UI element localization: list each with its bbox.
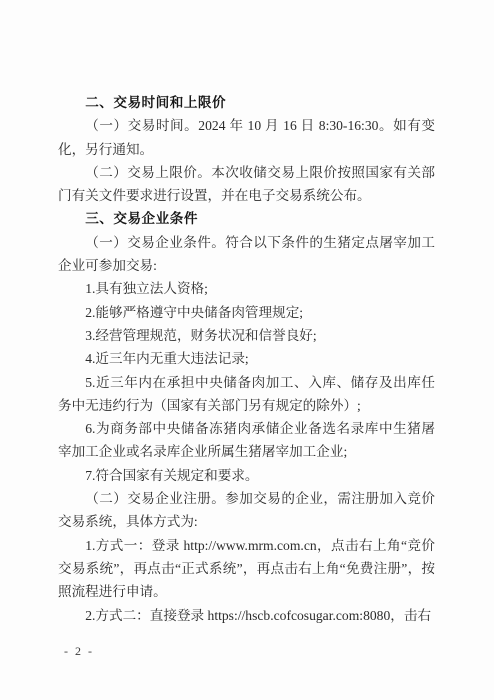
paragraph-trade-time: （一）交易时间。2024 年 10 月 16 日 8:30-16:30。如有变化… — [58, 114, 435, 161]
page-number: - 2 - — [64, 644, 94, 659]
registration-method-2: 2.方式二：直接登录 https://hscb.cofcosugar.com:8… — [58, 604, 435, 627]
condition-item-3: 3.经营管理规范，财务状况和信誉良好; — [58, 324, 435, 347]
document-page: 二、交易时间和上限价 （一）交易时间。2024 年 10 月 16 日 8:30… — [0, 0, 494, 700]
paragraph-registration: （二）交易企业注册。参加交易的企业，需注册加入竞价交易系统，具体方式为: — [58, 487, 435, 534]
registration-method-1: 1.方式一：登录 http://www.mrm.com.cn，点击右上角“竞价交… — [58, 534, 435, 604]
paragraph-enterprise-conditions: （一）交易企业条件。符合以下条件的生猪定点屠宰加工企业可参加交易: — [58, 231, 435, 278]
condition-item-5: 5.近三年内在承担中央储备肉加工、入库、储存及出库任务中无违约行为（国家有关部门… — [58, 371, 435, 418]
condition-item-1: 1.具有独立法人资格; — [58, 277, 435, 300]
condition-item-7: 7.符合国家有关规定和要求。 — [58, 464, 435, 487]
section-heading-3: 三、交易企业条件 — [58, 207, 435, 230]
condition-item-2: 2.能够严格遵守中央储备肉管理规定; — [58, 301, 435, 324]
section-heading-2: 二、交易时间和上限价 — [58, 91, 435, 114]
paragraph-price-cap: （二）交易上限价。本次收储交易上限价按照国家有关部门有关文件要求进行设置，并在电… — [58, 161, 435, 208]
condition-item-6: 6.为商务部中央储备冻猪肉承储企业备选名录库中生猪屠宰加工企业或名录库企业所属生… — [58, 417, 435, 464]
document-body: 二、交易时间和上限价 （一）交易时间。2024 年 10 月 16 日 8:30… — [58, 91, 435, 627]
condition-item-4: 4.近三年内无重大违法记录; — [58, 347, 435, 370]
